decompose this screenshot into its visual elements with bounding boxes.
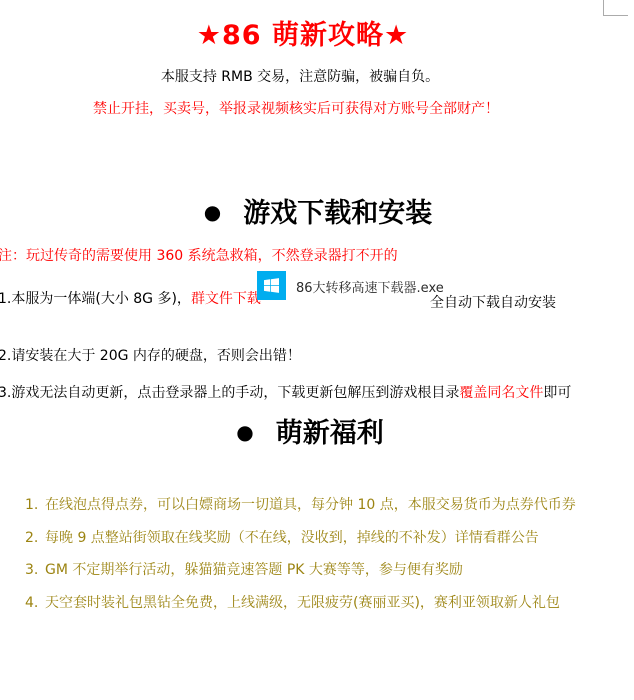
section-heading-label: 游戏下载和安装 [243, 198, 432, 229]
warning-text: 禁止开挂，买卖号，举报录视频核实后可获得对方账号全部财产！ [0, 98, 592, 118]
benefit-number: 4. [25, 594, 45, 612]
step3-text: 3.游戏无法自动更新，点击登录器上的手动，下载更新包解压到游戏根目录 [0, 385, 459, 401]
list-bullet-icon: ● [236, 420, 253, 444]
step1-suffix-text: 全自动下载自动安装 [430, 292, 556, 312]
page-title: ★86 萌新攻略★ [0, 13, 606, 52]
download-note: 注：玩过传奇的需要使用 360 系统急救箱，不然登录器打不开的 [0, 245, 398, 265]
section-heading-benefits: ●萌新福利 [0, 411, 620, 450]
benefit-text: GM 不定期举行活动，躲猫猫竞速答题 PK 大赛等等，参与便有奖励 [45, 561, 463, 579]
step3-highlight-text: 覆盖同名文件 [459, 385, 543, 401]
step3-suffix-text: 即可 [543, 385, 571, 401]
benefit-item: 1. 在线泡点得点券，可以白嫖商场一切道具，每分钟 10 点，本服交易货币为点券… [25, 496, 576, 514]
download-step-3: 3.游戏无法自动更新，点击登录器上的手动，下载更新包解压到游戏根目录覆盖同名文件… [0, 382, 571, 402]
download-step-2: 2.请安装在大于 20G 内存的硬盘，否则会出错！ [0, 345, 301, 365]
benefit-text: 天空套时装礼包黑钻全免费，上线满级，无限疲劳(赛丽亚买)，赛利亚领取新人礼包 [45, 594, 560, 612]
intro-text: 本服支持 RMB 交易，注意防骗，被骗自负。 [0, 66, 600, 86]
download-file-name[interactable]: 86大转移高速下载器.exe [296, 277, 444, 296]
list-bullet-icon: ● [204, 200, 221, 224]
section-heading-label: 萌新福利 [276, 418, 384, 449]
benefit-text: 每晚 9 点整站街领取在线奖励（不在线，没收到，掉线的不补发）详情看群公告 [45, 529, 539, 547]
section-heading-download: ●游戏下载和安装 [0, 191, 634, 230]
step1-link-text: 群文件下载 [191, 291, 261, 307]
benefit-item: 2. 每晚 9 点整站街领取在线奖励（不在线，没收到，掉线的不补发）详情看群公告 [25, 529, 539, 547]
step1-text: 1.本服为一体端(大小 8G 多)， [0, 291, 191, 307]
benefit-item: 4. 天空套时装礼包黑钻全免费，上线满级，无限疲劳(赛丽亚买)，赛利亚领取新人礼… [25, 594, 560, 612]
benefit-number: 3. [25, 561, 45, 579]
benefit-text: 在线泡点得点券，可以白嫖商场一切道具，每分钟 10 点，本服交易货币为点券代币券 [45, 496, 576, 514]
page-corner-mark [603, 15, 628, 16]
benefit-item: 3. GM 不定期举行活动，躲猫猫竞速答题 PK 大赛等等，参与便有奖励 [25, 561, 463, 579]
download-step-1: 1.本服为一体端(大小 8G 多)，群文件下载 [0, 288, 261, 308]
benefit-number: 1. [25, 496, 45, 514]
benefit-number: 2. [25, 529, 45, 547]
windows-logo-icon[interactable] [257, 271, 286, 300]
